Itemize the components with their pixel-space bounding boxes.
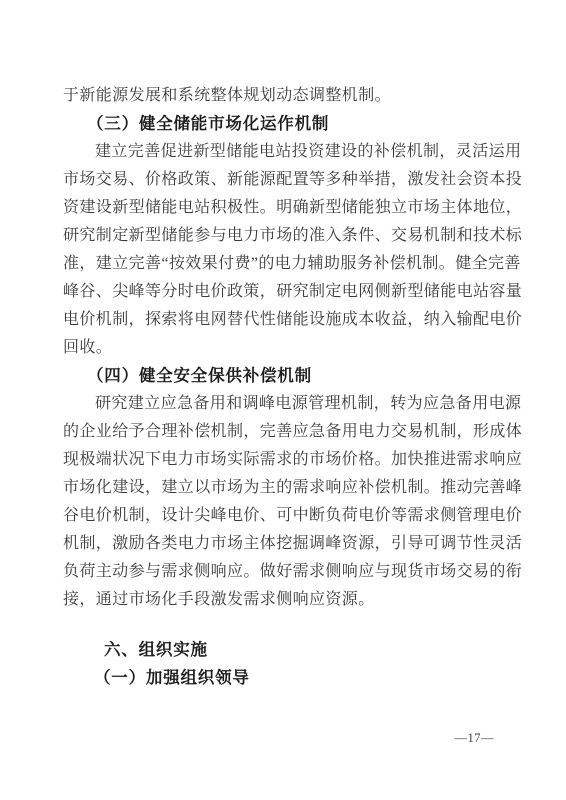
subsection-heading: （一）加强组织领导 — [63, 664, 508, 692]
text-line: 资建设新型储能电站积极性。明确新型储能独立市场主体地位， — [63, 194, 508, 222]
text-line: 研究制定新型储能参与电力市场的准入条件、交易机制和技术标 — [63, 222, 508, 250]
text-line: 机制，激励各类电力市场主体挖掘调峰资源，引导可调节性灵活 — [63, 530, 508, 558]
text-line: 电价机制，探索将电网替代性储能设施成本收益，纳入输配电价 — [63, 306, 508, 334]
text-line: 研究建立应急备用和调峰电源管理机制，转为应急备用电源 — [63, 390, 508, 418]
text-line: 准，建立完善“按效果付费”的电力辅助服务补偿机制。健全完善 — [63, 250, 508, 278]
text-line: 的企业给予合理补偿机制，完善应急备用电力交易机制，形成体 — [63, 418, 508, 446]
document-page: 于新能源发展和系统整体规划动态调整机制。 （三）健全储能市场化运作机制 建立完善… — [0, 0, 566, 800]
text-line: 建立完善促进新型储能电站投资建设的补偿机制，灵活运用 — [63, 138, 508, 166]
text-line: 于新能源发展和系统整体规划动态调整机制。 — [63, 82, 508, 110]
subsection-heading: （三）健全储能市场化运作机制 — [63, 110, 508, 138]
subsection-heading: （四）健全安全保供补偿机制 — [63, 362, 508, 390]
text-line: 市场交易、价格政策、新能源配置等多种举措，激发社会资本投 — [63, 166, 508, 194]
text-line: 峰谷、尖峰等分时电价政策，研究制定电网侧新型储能电站容量 — [63, 278, 508, 306]
text-line: 接，通过市场化手段激发需求侧响应资源。 — [63, 586, 508, 614]
chapter-heading: 六、组织实施 — [63, 636, 508, 664]
page-number: —17— — [455, 731, 495, 746]
text-line: 回收。 — [63, 334, 508, 362]
text-line: 谷电价机制，设计尖峰电价、可中断负荷电价等需求侧管理电价 — [63, 502, 508, 530]
document-body: 于新能源发展和系统整体规划动态调整机制。 （三）健全储能市场化运作机制 建立完善… — [63, 82, 508, 692]
text-line: 负荷主动参与需求侧响应。做好需求侧响应与现货市场交易的衔 — [63, 558, 508, 586]
text-line: 现极端状况下电力市场实际需求的市场价格。加快推进需求响应 — [63, 446, 508, 474]
text-line: 市场化建设，建立以市场为主的需求响应补偿机制。推动完善峰 — [63, 474, 508, 502]
